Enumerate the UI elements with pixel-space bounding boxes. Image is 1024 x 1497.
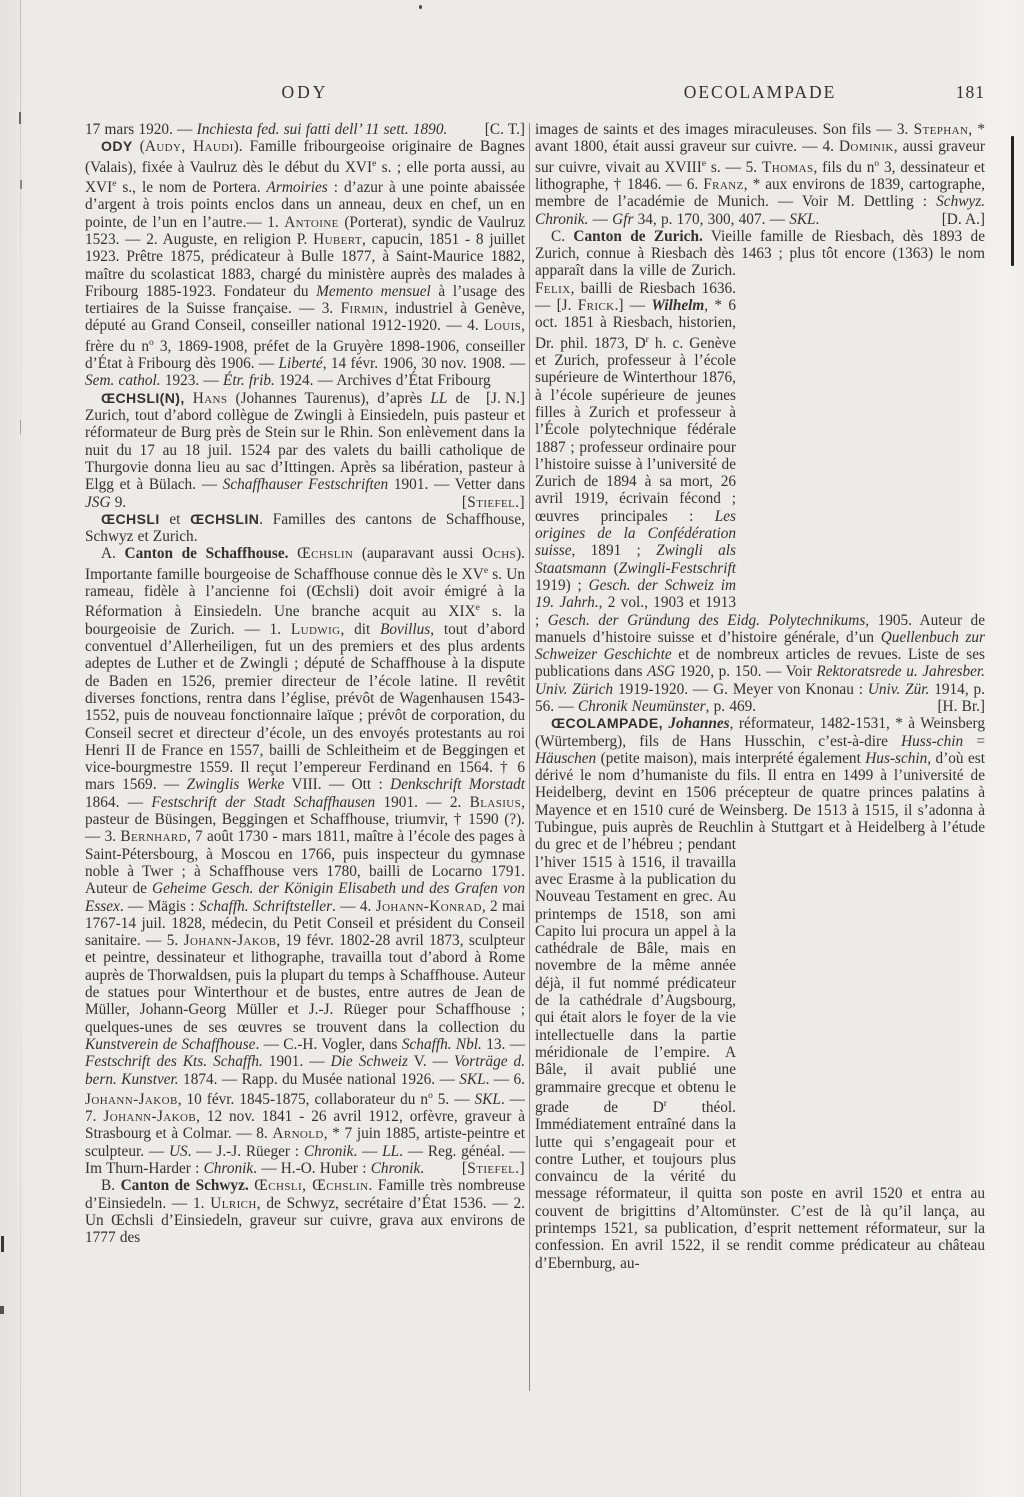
text-run: . — H.-O. Huber : [253,1160,371,1177]
text-run: 1901. — 2. [375,794,469,811]
text-run: Gesch. der Gründung des Eidg. Polytechni… [548,612,866,629]
scan-ink-mark [0,1306,4,1314]
text-run: . — C.-H. Vogler, dans [255,1036,401,1053]
left-column: 17 mars 1920. — Inchiesta fed. sui fatti… [85,121,525,1247]
text-run: ŒCHSLI [101,511,160,527]
text-run: Univ. Zür. [868,681,930,698]
text-run: Hans [193,390,228,407]
text-run: , 1891 ; [572,542,657,559]
text-run: Gfr [612,211,633,228]
text-run: Chronik Neumünster [578,698,706,715]
text-run: A. [101,545,125,562]
text-run: SKL [459,1071,485,1088]
text-run: Canton de Schaffhouse. [125,545,289,562]
signature: [D. A.] [942,211,985,228]
text-run: Étr. frib. [223,372,275,389]
text-run: Canton de Zurich. [573,228,702,245]
text-run: Stephan [914,121,969,138]
text-run: Dominik [839,138,894,155]
scan-speck [419,5,422,9]
text-run: Firmin [341,300,384,317]
text-run: Johann-Konrad [376,898,482,915]
text-run: , fils du n [813,159,874,176]
text-run: . — 6. [486,1071,525,1088]
text-run: = [963,733,985,750]
text-run: Hus-schin [865,750,927,767]
text-run: Ludwig [291,621,341,638]
text-run: ŒCOLAMPADE, [551,715,663,731]
text-run: Chronik [204,1160,254,1177]
text-run: Audy, Haudi [145,138,234,155]
text-run: 1919-1920. — G. Meyer von Knonau : [613,681,868,698]
text-run: 1919) ; [535,577,589,594]
text-run: Franz [703,176,743,193]
text-run: 1920, p. 150. — Voir [675,663,816,680]
text-run: Ochs [482,545,516,562]
text-run: Canton de Schwyz. [121,1177,249,1194]
paragraph: A. Canton de Schaffhouse. Œchslin (aupar… [85,545,525,1177]
text-run: US [169,1143,188,1160]
text-run: Johann-Jakob [85,1091,178,1108]
paragraph: C. Canton de Zurich. Vieille famille de … [535,228,985,715]
text-run: 1923. — [161,372,223,389]
text-run: ŒCHSLIN [190,511,259,527]
text-run: Sem. cathol. [85,372,161,389]
text-run: . [420,1160,424,1177]
text-run: Chronik [304,1143,354,1160]
text-run: Œchsli, Œchslin [254,1177,368,1194]
text-run: SKL [475,1091,501,1108]
text-run: , dit [341,621,381,638]
signature: [C. T.] [485,121,525,138]
text-run: Thomas [762,159,813,176]
signature: [Stiefel.] [446,494,525,511]
text-run: Antoine [284,214,339,231]
text-run: — [588,211,612,228]
text-run: Schaffh. Schriftsteller [199,898,332,915]
text-run: ( [606,560,618,577]
paragraph: ODY (Audy, Haudi). Famille fribourgeoise… [85,138,525,389]
text-run: ASG [647,663,675,680]
text-run: Zwinglis Werke [187,776,285,793]
paragraph: images de saints et des images miraculeu… [535,121,985,228]
scan-speck [20,420,21,434]
running-head-left-title: ODY [85,82,525,103]
text-run: , tout d’abord conventuel d’Allerheilige… [85,621,525,794]
text-run: B. [101,1177,121,1194]
text-run: Zwingli-Festschrift [619,560,736,577]
text-run: Œchslin [297,545,353,562]
text-run [288,545,297,562]
text-run: LL [430,390,447,407]
text-run [185,390,193,407]
text-run: Denkschrift Morstadt [390,776,525,793]
text-run: Ulrich [210,1195,256,1212]
text-run: Schaffh. Nbl. [402,1036,482,1053]
text-run: Festschrift des Kts. Schaffh. [85,1053,263,1070]
text-run: images de saints et des images miraculeu… [535,121,914,138]
text-run: h. c. Genève et Zurich, professeur à l’é… [535,335,736,525]
text-run: 1924. — Archives d’État Fribourg [275,372,491,389]
text-run: Wilhelm [651,297,704,314]
text-run: Huss-chin [901,733,963,750]
text-run: 1874. — Rapp. du Musée national 1926. — [179,1071,460,1088]
text-run: s., le nom de Portera. [116,179,266,196]
text-run: ŒCHSLI(N), [101,390,185,406]
text-run: . — Mägis : [120,898,199,915]
text-run: Hubert [313,231,362,248]
paragraph: ŒCHSLI(N), Hans (Johannes Taurenus), d’a… [85,390,525,511]
text-run: Blasius [470,794,522,811]
text-run: .] — [615,297,652,314]
text-run: 1901. — [263,1053,331,1070]
text-run: Bovillus [380,621,430,638]
text-run: Häuschen [535,750,596,767]
text-run: et [160,511,190,528]
text-run: Frick [578,297,615,314]
scan-ink-mark [1011,136,1014,266]
scan-crease [20,0,21,1497]
paragraph: 17 mars 1920. — Inchiesta fed. sui fatti… [85,121,525,138]
portrait-placeholder [745,838,985,1168]
scanned-dictionary-page: ODY OECOLAMPADE 181 17 mars 1920. — Inch… [0,0,1024,1497]
text-run: VIII. — Ott : [284,776,390,793]
text-run: ODY [101,138,133,154]
text-run: Louis [484,317,521,334]
text-run: (Johannes Taurenus), d’après [227,390,430,407]
text-run: V. — [408,1053,454,1070]
text-run: C. [551,228,573,245]
scan-ink-mark [1,1236,4,1252]
signature: [Stiefel.] [446,1160,525,1177]
text-run: 17 mars 1920. — [85,121,197,138]
column-divider-rule [529,123,530,1391]
text-run: Johannes [668,715,729,732]
text-run: 13. — [482,1036,525,1053]
text-run: SKL [789,211,815,228]
text-run: ( [133,138,145,155]
text-run: Die Schweiz [331,1053,408,1070]
paragraph: B. Canton de Schwyz. Œchsli, Œchslin. Fa… [85,1177,525,1246]
text-run: (auparavant aussi [353,545,482,562]
text-run: s. — 5. [706,159,762,176]
text-run: Festschrift der Stadt Schaffhausen [151,794,375,811]
text-run: 5. — [433,1091,475,1108]
text-run: 9. [111,494,127,511]
signature: [J. N.] [470,390,525,407]
signature: [H. Br.] [921,698,985,715]
text-run: Johann-Jakob [103,1108,196,1125]
text-run: , 14 févr. 1906, 30 nov. 1908. — [323,355,525,372]
text-run: Felix [535,280,571,297]
text-run: Kunstverein de Schaffhouse [85,1036,255,1053]
text-run: 1901. — Vetter dans [388,476,525,493]
page-number: 181 [956,82,985,103]
portrait-placeholder [745,264,985,594]
text-run: Arnold [272,1125,323,1142]
running-head: ODY OECOLAMPADE 181 [85,82,985,106]
paragraph: ŒCHSLI et ŒCHSLIN. Familles des cantons … [85,511,525,546]
text-run: Bernhard [120,828,187,845]
text-run: . — J.-J. Rüeger : [188,1143,304,1160]
running-head-right-title: OECOLAMPADE [535,82,985,103]
text-run: Schaffhauser Festschriften [223,476,388,493]
text-run: Chronik [371,1160,421,1177]
text-run: LL [382,1143,399,1160]
text-run: Johann-Jakob [184,932,277,949]
text-run: Memento mensuel [316,283,431,300]
text-run: Liberté [279,355,323,372]
scan-speck [20,180,22,189]
text-run: . — [353,1143,382,1160]
text-run: . — 4. [332,898,376,915]
text-run: , p. 469. [706,698,757,715]
text-run: 34, p. 170, 300, 407. — [633,211,789,228]
text-run: 1864. — [85,794,151,811]
scan-speck [19,112,21,124]
right-column: images de saints et des images miraculeu… [535,121,985,1272]
text-run: JSG [85,494,111,511]
text-run: . [816,211,820,228]
paragraph: ŒCOLAMPADE, Johannes, réformateur, 1482-… [535,715,985,1272]
text-run: , 10 févr. 1845-1875, collaborateur du n [178,1091,428,1108]
text-run: (petite maison), mais interprété égaleme… [596,750,865,767]
text-run: Armoiries [267,179,328,196]
text-run: Inchiesta fed. sui fatti dell’ 11 sett. … [197,121,448,138]
